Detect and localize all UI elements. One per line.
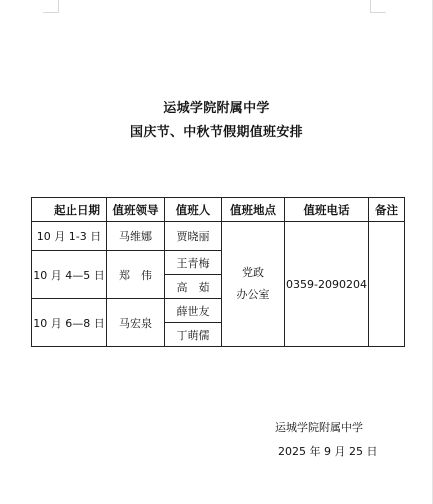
document-title-school: 运城学院附属中学: [0, 97, 433, 116]
document-title-schedule: 国庆节、中秋节假期值班安排: [0, 121, 433, 140]
table-row: 10 月 1-3 日 马维娜 贾晓丽 党政 办公室 0359-2090204: [32, 222, 405, 251]
leader-cell: 马宏泉: [107, 299, 165, 347]
signature-organization: 运城学院附属中学: [275, 419, 363, 435]
location-line1: 党政: [222, 262, 284, 284]
staff-cell: 高 茹: [165, 275, 222, 299]
remark-cell: [369, 222, 405, 347]
header-phone: 值班电话: [285, 198, 369, 222]
staff-cell: 王青梅: [165, 251, 222, 275]
phone-cell: 0359-2090204: [285, 222, 369, 347]
staff-cell: 薛世友: [165, 299, 222, 323]
date-cell: 10 月 1-3 日: [32, 222, 107, 251]
location-cell: 党政 办公室: [222, 222, 285, 347]
staff-cell: 贾晓丽: [165, 222, 222, 251]
leader-cell: 马维娜: [107, 222, 165, 251]
signature-date: 2025 年 9 月 25 日: [278, 443, 377, 459]
header-leader: 值班领导: [107, 198, 165, 222]
crop-mark-top-left: [43, 0, 59, 13]
date-cell: 10 月 4—5 日: [32, 251, 107, 299]
header-date: 起止日期: [32, 198, 107, 222]
staff-cell: 丁萌儒: [165, 323, 222, 347]
table-header-row: 起止日期 值班领导 值班人 值班地点 值班电话 备注: [32, 198, 405, 222]
header-location: 值班地点: [222, 198, 285, 222]
crop-mark-top-right: [370, 0, 386, 13]
header-staff: 值班人: [165, 198, 222, 222]
leader-cell: 郑 伟: [107, 251, 165, 299]
location-line2: 办公室: [222, 284, 284, 306]
date-cell: 10 月 6—8 日: [32, 299, 107, 347]
duty-schedule-table: 起止日期 值班领导 值班人 值班地点 值班电话 备注 10 月 1-3 日 马维…: [31, 197, 405, 347]
header-remark: 备注: [369, 198, 405, 222]
